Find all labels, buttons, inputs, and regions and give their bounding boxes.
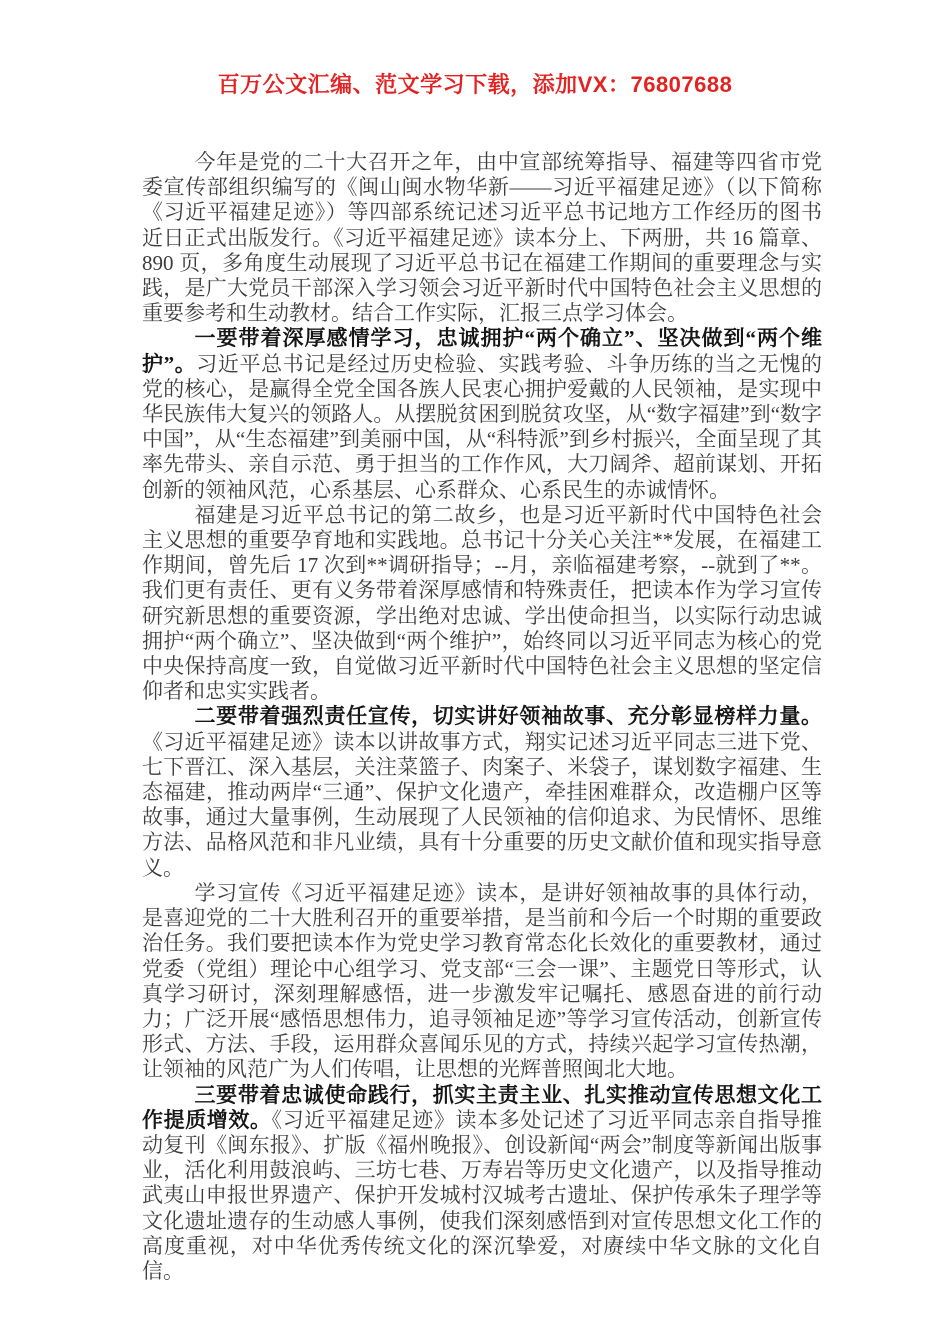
- paragraph-text: 今年是党的二十大召开之年，由中宣部统筹指导、福建等四省市党委宣传部组织编写的《闽…: [142, 150, 822, 325]
- paragraph-fujian: 福建是习近平总书记的第二故乡，也是习近平新时代中国特色社会主义思想的重要孕育地和…: [142, 503, 822, 705]
- document-body: 今年是党的二十大召开之年，由中宣部统筹指导、福建等四省市党委宣传部组织编写的《闽…: [142, 150, 822, 1284]
- paragraph-text: 福建是习近平总书记的第二故乡，也是习近平新时代中国特色社会主义思想的重要孕育地和…: [142, 503, 822, 703]
- paragraph-lead: 二要带着强烈责任宣传，切实讲好领袖故事、充分彰显榜样力量。: [195, 704, 823, 728]
- paragraph-intro: 今年是党的二十大召开之年，由中宣部统筹指导、福建等四省市党委宣传部组织编写的《闽…: [142, 150, 822, 326]
- document-page: 百万公文汇编、范文学习下载，添加VX：76807688 今年是党的二十大召开之年…: [0, 0, 950, 1344]
- paragraph-study: 学习宣传《习近平福建足迹》读本，是讲好领袖故事的具体行动，是喜迎党的二十大胜利召…: [142, 881, 822, 1083]
- paragraph-text: 学习宣传《习近平福建足迹》读本，是讲好领袖故事的具体行动，是喜迎党的二十大胜利召…: [142, 881, 822, 1081]
- paragraph-text: 习近平总书记是经过历史检验、实践考验、斗争历练的当之无愧的党的核心，是赢得全党全…: [142, 352, 822, 502]
- paragraph-point-2: 二要带着强烈责任宣传，切实讲好领袖故事、充分彰显榜样力量。《习近平福建足迹》读本…: [142, 704, 822, 880]
- paragraph-point-3: 三要带着忠诚使命践行，抓实主责主业、扎实推动宣传思想文化工作提质增效。《习近平福…: [142, 1083, 822, 1285]
- paragraph-text: 《习近平福建足迹》读本多处记述了习近平同志亲自指导推动复刊《闽东报》、扩版《福州…: [142, 1108, 822, 1283]
- promo-banner-text: 百万公文汇编、范文学习下载，添加VX：76807688: [0, 70, 950, 100]
- paragraph-point-1: 一要带着深厚感情学习，忠诚拥护“两个确立”、坚决做到“两个维护”。习近平总书记是…: [142, 326, 822, 502]
- paragraph-text: 《习近平福建足迹》读本以讲故事方式，翔实记述习近平同志三进下党、七下晋江、深入基…: [142, 730, 822, 880]
